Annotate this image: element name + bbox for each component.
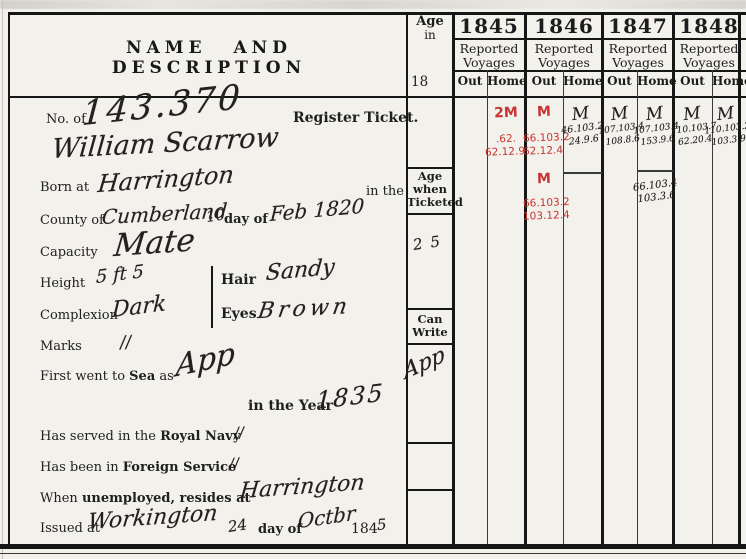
home-label-1845: Home: [487, 74, 525, 88]
hair-eyes-divider: [211, 266, 213, 328]
first-sea-label: First went to Sea as: [40, 369, 174, 384]
height-label: Height: [40, 276, 85, 291]
hair-handwriting: Sandy: [265, 255, 336, 286]
red-note-1846-out-line2: 66.103.2: [523, 131, 563, 144]
no-of-label: No. of: [46, 112, 86, 127]
border-bottom: [0, 544, 746, 549]
resides-label: When unemployed, resides at: [40, 491, 251, 506]
voyages-label-1845: Voyages: [456, 55, 522, 70]
out-label-1847: Out: [602, 74, 637, 88]
issued-day-of-label: day of: [258, 522, 302, 537]
ink-note-line: M: [716, 104, 735, 124]
reported-label-1846: Reported: [528, 41, 600, 56]
capacity-handwriting: Mate: [112, 222, 197, 264]
col-1848-left-line: [672, 12, 675, 544]
border-bottom-shadow: [0, 553, 746, 554]
red-note-1846-out2-line1: M: [527, 172, 561, 185]
red-note-1846-out-line3: 62.12.4: [523, 144, 563, 157]
age-col-left-line: [406, 12, 408, 544]
ink-note-line: M: [682, 104, 701, 124]
county-of-label: County of: [40, 213, 104, 228]
royal-navy-value-handwriting: //: [233, 423, 244, 442]
voyages-label-1846: Voyages: [528, 55, 600, 70]
ticket-col-divider: [407, 213, 453, 215]
register-ticket-document: NAME AND DESCRIPTION Age in 18 1845 Repo…: [0, 0, 746, 559]
resides-label-a: When: [40, 491, 78, 506]
first-sea-label-c: as: [159, 369, 173, 384]
complexion-handwriting: Dark: [111, 291, 167, 323]
out-label-1848: Out: [673, 74, 712, 88]
age-in-year-prefix: 18: [411, 74, 428, 90]
foreign-service-label-b: Foreign Service: [123, 460, 237, 475]
out-label-1845: Out: [453, 74, 487, 88]
eyes-handwriting: Brown: [256, 294, 353, 324]
red-note-1846-out2-line2: 66.103.2: [523, 196, 563, 209]
red-note-1845-home-line2: .62.: [486, 132, 526, 145]
age-when-ticketed-line3: Ticketed: [407, 196, 453, 210]
year-header-1847: 1847: [604, 14, 672, 38]
birth-day-handwriting: 10: [205, 205, 226, 225]
red-note-1845-home-line3: 62.12.9: [484, 145, 526, 158]
ticket-col-divider: [407, 489, 453, 491]
reported-label-1845: Reported: [456, 41, 522, 56]
col-1847-left-line: [601, 12, 604, 544]
reported-label-1848: Reported: [675, 41, 743, 56]
marks-label: Marks: [40, 339, 82, 354]
year-header-1846: 1846: [528, 14, 600, 38]
first-sea-capacity-handwriting: App: [175, 336, 235, 385]
age-in-label-line2: in: [407, 29, 453, 43]
register-ticket-label: Register Ticket.: [293, 110, 418, 126]
year-header-1845: 1845: [456, 14, 522, 38]
voyages-label-1848: Voyages: [675, 55, 743, 70]
red-note-1846-out-line1: M: [527, 105, 561, 118]
first-sea-year-handwriting: 1835: [315, 378, 385, 415]
eyes-label: Eyes: [221, 306, 257, 322]
foreign-service-label: Has been in Foreign Service: [40, 460, 236, 475]
ticket-col-divider: [407, 343, 453, 345]
ticket-col-divider: [407, 308, 453, 310]
red-note-1845-home-line1: 2M: [488, 106, 524, 119]
born-at-label: Born at: [40, 180, 89, 195]
can-write-answer: App: [402, 342, 447, 385]
first-sea-label-a: First went to: [40, 369, 125, 384]
voyages-underline: [453, 70, 746, 72]
issued-year-suffix-handwriting: 5: [376, 515, 387, 534]
age-when-ticketed-value: 25: [412, 231, 449, 254]
home-label-1847: Home: [637, 74, 673, 88]
in-the-label: in the: [366, 184, 404, 199]
can-write-line2: Write: [407, 326, 453, 340]
year-underline: [453, 38, 746, 40]
marks-handwriting: //: [119, 332, 132, 353]
scan-smudge: [0, 0, 746, 9]
complexion-label: Complexion: [40, 308, 118, 323]
hair-label: Hair: [221, 272, 256, 288]
birthplace-handwriting: Harrington: [97, 160, 236, 198]
red-note-1846-out2-line3: 103.12.4: [523, 209, 563, 222]
foreign-service-label-a: Has been in: [40, 460, 119, 475]
home-label-1848: Home: [712, 74, 742, 88]
birth-day-of-label: day of: [224, 212, 268, 227]
year-header-1848: 1848: [675, 14, 743, 38]
ink-note-1847-home-below: 66.103.4 103.3.6: [636, 178, 677, 206]
home-label-1846: Home: [563, 74, 602, 88]
title-name-and-description: NAME AND DESCRIPTION: [18, 38, 400, 78]
ticket-col-divider: [407, 442, 453, 444]
royal-navy-label-a: Has served in the: [40, 429, 156, 444]
birth-date-handwriting: Feb 1820: [269, 194, 365, 226]
out-label-1846: Out: [525, 74, 563, 88]
ink-note-1848-home: M 110.103.2 103.3.9: [709, 103, 746, 149]
page-edge-line: [2, 0, 3, 559]
royal-navy-label-b: Royal Navy: [160, 429, 240, 444]
voyage-cell-line-1846-home: [563, 172, 602, 174]
col-1845-left-line: [452, 12, 455, 544]
col-1846-left-line: [524, 12, 527, 544]
ink-note-line: M: [645, 104, 664, 124]
height-handwriting: 5 ft 5: [96, 261, 144, 288]
ink-note-line: M: [571, 104, 590, 124]
ink-note-line: M: [610, 104, 629, 124]
residence-handwriting: Harrington: [239, 470, 366, 504]
ink-note-line: 24.9.6: [568, 133, 599, 149]
royal-navy-label: Has served in the Royal Navy: [40, 429, 240, 444]
issued-day-handwriting: 24: [227, 515, 248, 535]
reported-label-1847: Reported: [604, 41, 672, 56]
issued-month-handwriting: Octbr: [298, 501, 356, 533]
voyages-label-1847: Voyages: [604, 55, 672, 70]
border-right: [738, 12, 741, 544]
foreign-service-value-handwriting: //: [228, 454, 239, 473]
border-left: [8, 12, 10, 546]
voyage-cell-line-1847-home: [637, 170, 673, 172]
capacity-label: Capacity: [40, 245, 98, 260]
age-in-label-line1: Age: [407, 15, 453, 29]
first-sea-label-b: Sea: [129, 369, 155, 384]
